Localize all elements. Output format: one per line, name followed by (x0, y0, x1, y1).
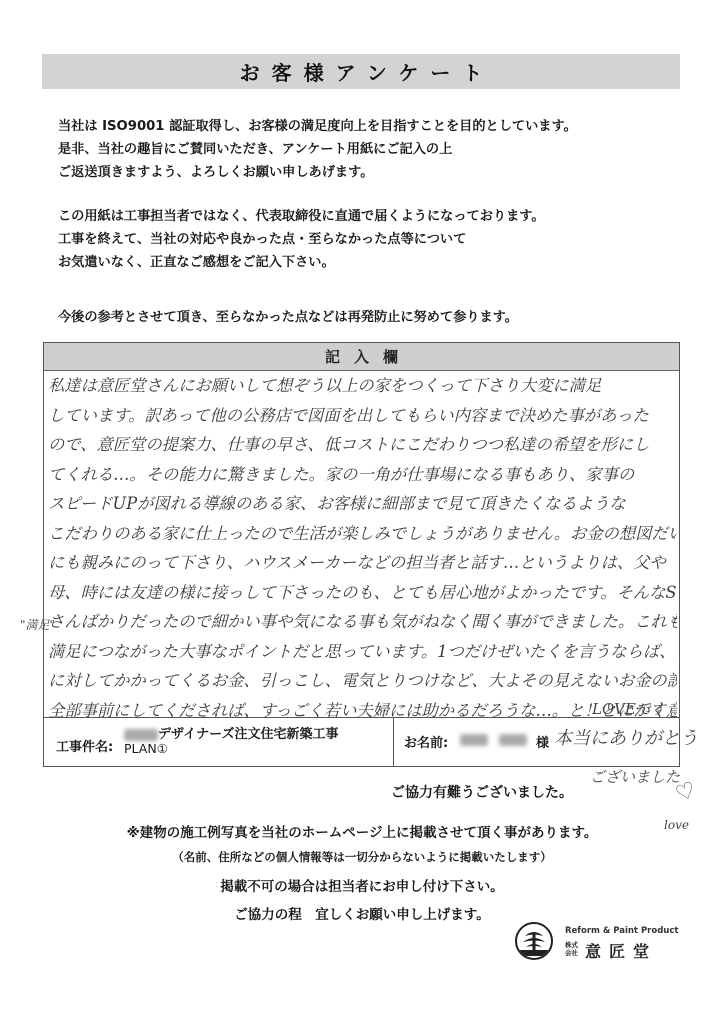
heart-doodle-icon: ♡ (672, 777, 699, 807)
handwritten-line: ので、意匠堂の提案力、仕事の早さ、低コストにこだわりつつ私達の希望を形にし (48, 430, 677, 460)
closing-request: ご協力の程 宜しくお願い申し上げます。 (0, 903, 724, 923)
logo-tagline: Reform & Paint Product (565, 926, 678, 936)
refusal-notice: 掲載不可の場合は担当者にお申し付け下さい。 (0, 875, 724, 895)
privacy-notice: （名前、住所などの個人情報等は一切分からないように掲載いたします） (0, 849, 724, 865)
handwritten-line: スピードUPが図れる導線のある家、お客様に細部まで見て頂きたくなるような (48, 489, 677, 519)
handwritten-line: しています。訳あって他の公務店で図面を出してもらい内容まで決めた事があった (48, 401, 677, 431)
intro-line: 今後の参考とさせて頂き、至らなかった点などは再発防止に努めて参ります。 (58, 306, 518, 329)
project-name: デザイナーズ注文住宅新築工事 (158, 727, 338, 742)
handwritten-line: てくれる…。その能力に驚きました。家の一角が仕事場になる事もあり、家事の (48, 460, 677, 490)
handwritten-line: こだわりのある家に仕上ったので生活が楽しみでしょうがありません。お金の想図だい (48, 519, 677, 549)
entry-footer-row: 工事件名: デザイナーズ注文住宅新築工事 PLAN① お名前: 様 本当にありが… (44, 717, 679, 766)
pine-tree-emblem-icon (515, 922, 553, 960)
handwritten-line: にも親みにのって下さり、ハウスメーカーなどの担当者と話す…というよりは、父や (48, 548, 677, 578)
margin-note: "満足" (20, 616, 55, 633)
thanks-handwritten-continued: ございました (590, 766, 680, 787)
handwritten-line: 満足につながった大事なポイントだと思っています。1つだけぜいたくを言うならば、家 (48, 637, 677, 667)
name-label: お名前: (404, 732, 448, 751)
redacted-project-prefix (124, 729, 158, 741)
project-cell: 工事件名: デザイナーズ注文住宅新築工事 PLAN① (44, 718, 394, 766)
entry-box-heading: 記入欄 (311, 346, 412, 367)
entry-box: 記入欄 私達は意匠堂さんにお願いして想ぞう以上の家をつくって下さり大変に満足 し… (43, 342, 680, 767)
redacted-name (460, 732, 527, 747)
handwritten-line: さんばかりだったので細かい事や気になる事も気がねなく聞く事ができました。これも (48, 607, 677, 637)
page-title: お客様アンケート (228, 57, 495, 86)
handwritten-comment: 私達は意匠堂さんにお願いして想ぞう以上の家をつくって下さり大変に満足 しています… (48, 371, 677, 725)
intro-line: ご返送頂きますよう、よろしくお願い申しあげます。 (58, 161, 577, 184)
handwritten-line: に対してかかってくるお金、引っこし、電気とりつけなど、大よその見えないお金の説明… (48, 666, 677, 696)
thanks-message: ご協力有難うございました。 (391, 782, 573, 802)
handwritten-line: 母、時には友達の様に接っして下さったのも、とても居心地がよかったです。そんなST… (48, 578, 677, 608)
name-suffix: 様 (536, 732, 549, 751)
intro-line: 工事を終えて、当社の対応や良かった点・至らなかった点等について (58, 228, 545, 251)
love-note: LOVEです (592, 698, 666, 719)
project-name-row: デザイナーズ注文住宅新築工事 (124, 723, 338, 742)
intro-line: お気遣いなく、正直なご感想をご記入下さい。 (58, 251, 545, 274)
intro-paragraph-3: 今後の参考とさせて頂き、至らなかった点などは再発防止に努めて参ります。 (58, 306, 518, 329)
intro-line: この用紙は工事担当者ではなく、代表取締役に直通で届くようになっております。 (58, 205, 545, 228)
company-logo: Reform & Paint Product 株式会社 意匠堂 (515, 922, 695, 966)
title-band: お客様アンケート (42, 54, 680, 89)
intro-paragraph-1: 当社は ISO9001 認証取得し、お客様の満足度向上を目指すことを目的としてい… (58, 115, 577, 184)
handwritten-line: 私達は意匠堂さんにお願いして想ぞう以上の家をつくって下さり大変に満足 (48, 371, 677, 401)
intro-line: 是非、当社の趣旨にご賛同いただき、アンケート用紙にご記入の上 (58, 138, 577, 161)
project-plan: PLAN① (124, 741, 168, 756)
project-label: 工事件名: (56, 736, 113, 755)
intro-paragraph-2: この用紙は工事担当者ではなく、代表取締役に直通で届くようになっております。 工事… (58, 205, 545, 274)
photo-notice: ※建物の施工例写真を当社のホームページ上に掲載させて頂く事があります。 (0, 821, 724, 841)
logo-company-type: 株式会社 (565, 941, 581, 957)
intro-line: 当社は ISO9001 認証取得し、お客様の満足度向上を目指すことを目的としてい… (58, 115, 577, 138)
thanks-handwritten: 本当にありがとう (554, 724, 698, 750)
name-cell: お名前: 様 本当にありがとう (394, 718, 679, 766)
entry-box-header: 記入欄 (44, 343, 679, 371)
logo-company-name: 意匠堂 (585, 939, 657, 962)
